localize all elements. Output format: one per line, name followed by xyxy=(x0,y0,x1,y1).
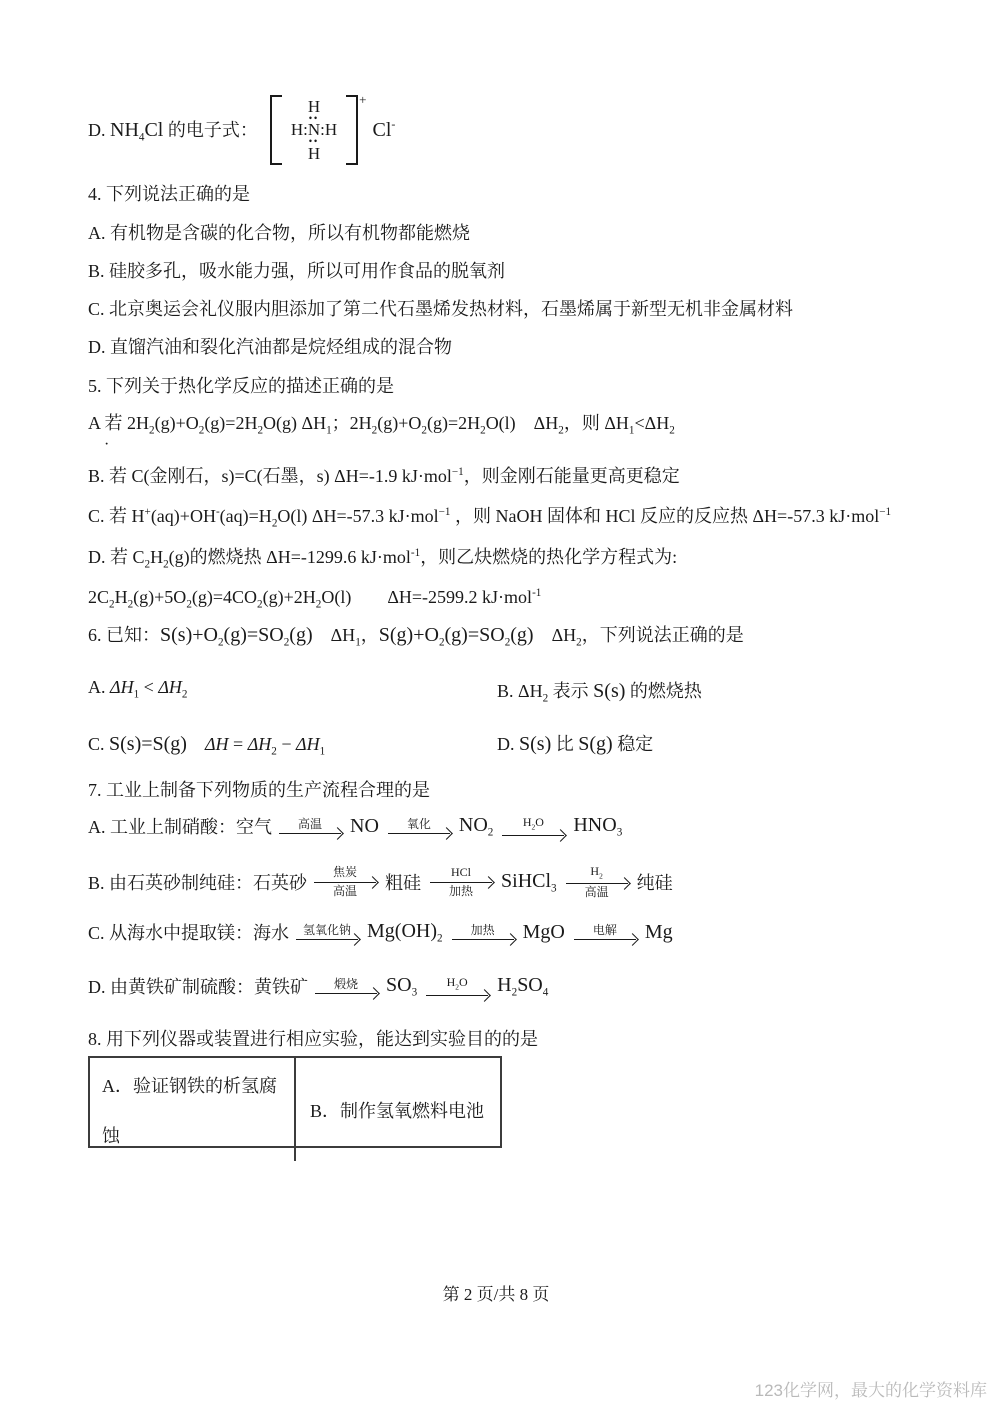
q7-option-a: A. 工业上制硝酸：空气 高温 NO 氧化 NO2 H2O HNO3 xyxy=(88,813,624,839)
chemical-species: HNO3 xyxy=(573,814,622,839)
arrow-line xyxy=(452,939,514,940)
q7-c-intro: C. 从海水中提取镁：海水 xyxy=(88,919,289,945)
arrow-line xyxy=(279,833,341,834)
exam-page: D. NH4Cl 的电子式： H •• H:N:H •• H + Cl- 4. … xyxy=(0,0,992,1403)
q4-stem: 4. 下列说法正确的是 xyxy=(88,180,250,206)
arrow-line xyxy=(314,882,376,883)
q5-option-b: B. 若 C(金刚石，s)=C(石墨，s) ΔH=-1.9 kJ·mol−1，则… xyxy=(88,462,680,488)
q8-option-a-text: A．验证钢铁的析氢腐蚀 xyxy=(102,1076,277,1146)
q5-stem: 5. 下列关于热化学反应的描述正确的是 xyxy=(88,372,394,398)
lewis-core: H •• H:N:H •• H xyxy=(282,95,346,165)
reaction-arrow: H2O xyxy=(502,815,564,836)
chemical-species: Mg xyxy=(645,921,673,944)
q4-option-d: D. 直馏汽油和裂化汽油都是烷烃组成的混合物 xyxy=(88,333,452,359)
q7-option-c: C. 从海水中提取镁：海水 氢氧化钠 Mg(OH)2 加热 MgO 电解 Mg xyxy=(88,919,675,945)
arrow-line xyxy=(426,995,488,996)
cation-charge: + xyxy=(359,92,366,108)
chloride-anion: Cl- xyxy=(373,117,396,142)
q8-table-cell-a: A．验证钢铁的析氢腐蚀 xyxy=(90,1058,296,1161)
reaction-arrow: 氧化 xyxy=(388,817,450,835)
right-bracket xyxy=(346,95,358,165)
electron-dot-formula: H •• H:N:H •• H + Cl- xyxy=(270,95,396,165)
reaction-arrow: HCl 加热 xyxy=(430,865,492,898)
left-bracket xyxy=(270,95,282,165)
q8-stem: 8. 用下列仪器或装置进行相应实验，能达到实验目的的是 xyxy=(88,1025,538,1051)
q3-option-d: D. NH4Cl 的电子式： H •• H:N:H •• H + Cl- xyxy=(88,95,395,165)
chemical-species: NO2 xyxy=(459,814,493,839)
reaction-arrow: 氢氧化钠 xyxy=(296,923,358,941)
q6-option-c: C. S(s)=S(g) ΔH = ΔH2 − ΔH1 xyxy=(88,730,497,758)
q8-table-cell-b: B．制作氢氧燃料电池 xyxy=(296,1058,500,1161)
q8-table: A．验证钢铁的析氢腐蚀 B．制作氢氧燃料电池 xyxy=(88,1056,502,1148)
arrow-line xyxy=(430,882,492,883)
q6-row-ab: A. ΔH1 < ΔH2 B. ΔH2 表示 S(s) 的燃烧热 xyxy=(88,677,702,705)
q6-option-a: A. ΔH1 < ΔH2 xyxy=(88,677,497,705)
page-number: 第 2 页/共 8 页 xyxy=(0,1280,992,1305)
q4-option-b: B. 硅胶多孔，吸水能力强，所以可用作食品的脱氧剂 xyxy=(88,257,505,283)
q6-option-d: D. S(s) 比 S(g) 稳定 xyxy=(497,730,653,758)
reaction-arrow: H2O xyxy=(426,975,488,996)
option-d-text: D. NH4Cl 的电子式： xyxy=(88,116,258,144)
stray-dot: · xyxy=(104,436,109,454)
q5-option-a: A 若 2H2(g)+O2(g)=2H2O(g) ΔH1；2H2(g)+O2(g… xyxy=(88,409,675,437)
q7-option-b: B. 由石英砂制纯硅：石英砂 焦炭 高温 粗硅 HCl 加热 SiHCl3 H2… xyxy=(88,864,675,900)
q4-option-a: A. 有机物是含碳的化合物，所以有机物都能燃烧 xyxy=(88,219,470,245)
chemical-species: NO xyxy=(350,815,379,838)
reaction-arrow: H2 高温 xyxy=(566,864,628,900)
chemical-species: SO3 xyxy=(386,974,417,999)
q7-stem: 7. 工业上制备下列物质的生产流程合理的是 xyxy=(88,776,430,802)
q4-option-c: C. 北京奥运会礼仪服内胆添加了第二代石墨烯发热材料，石墨烯属于新型无机非金属材… xyxy=(88,295,793,321)
reaction-arrow: 煅烧 xyxy=(315,977,377,995)
chemical-species: 粗硅 xyxy=(385,869,421,895)
site-watermark: 123化学网，最大的化学资料库 xyxy=(755,1376,987,1401)
q5-option-c: C. 若 H+(aq)+OH-(aq)=H2O(l) ΔH=-57.3 kJ·m… xyxy=(88,502,891,530)
arrow-line xyxy=(296,939,358,940)
chemical-species: SiHCl3 xyxy=(501,870,557,895)
reaction-arrow: 高温 xyxy=(279,817,341,835)
q7-b-intro: B. 由石英砂制纯硅：石英砂 xyxy=(88,869,307,895)
chemical-species: MgO xyxy=(523,921,565,944)
q5-option-a-text: A 若 2H2(g)+O2(g)=2H2O(g) ΔH1；2H2(g)+O2(g… xyxy=(88,413,675,433)
q7-option-d: D. 由黄铁矿制硫酸：黄铁矿 煅烧 SO3 H2O H2SO4 xyxy=(88,973,550,999)
reaction-arrow: 焦炭 高温 xyxy=(314,865,376,898)
lewis-h-bottom: H xyxy=(308,145,320,162)
q6-row-cd: C. S(s)=S(g) ΔH = ΔH2 − ΔH1 D. S(s) 比 S(… xyxy=(88,730,653,758)
q6-stem: 6. 已知：S(s)+O2(g)=SO2(g) ΔH1，S(g)+O2(g)=S… xyxy=(88,621,744,649)
q7-d-intro: D. 由黄铁矿制硫酸：黄铁矿 xyxy=(88,973,308,999)
reaction-arrow: 电解 xyxy=(574,923,636,941)
reaction-arrow: 加热 xyxy=(452,923,514,941)
arrow-line xyxy=(388,833,450,834)
q8-option-b-text: B．制作氢氧燃料电池 xyxy=(310,1097,484,1123)
q7-a-intro: A. 工业上制硝酸：空气 xyxy=(88,813,272,839)
chemical-species: Mg(OH)2 xyxy=(367,920,443,945)
q5-option-d-equation: 2C2H2(g)+5O2(g)=4CO2(g)+2H2O(l) ΔH=-2599… xyxy=(88,583,541,611)
arrow-line xyxy=(502,835,564,836)
chemical-species: H2SO4 xyxy=(497,974,548,999)
q6-option-b: B. ΔH2 表示 S(s) 的燃烧热 xyxy=(497,677,702,705)
chemical-species: 纯硅 xyxy=(637,869,673,895)
arrow-line xyxy=(574,939,636,940)
arrow-line xyxy=(566,883,628,884)
arrow-line xyxy=(315,993,377,994)
q5-option-d: D. 若 C2H2(g)的燃烧热 ΔH=-1299.6 kJ·mol-1，则乙炔… xyxy=(88,543,677,571)
